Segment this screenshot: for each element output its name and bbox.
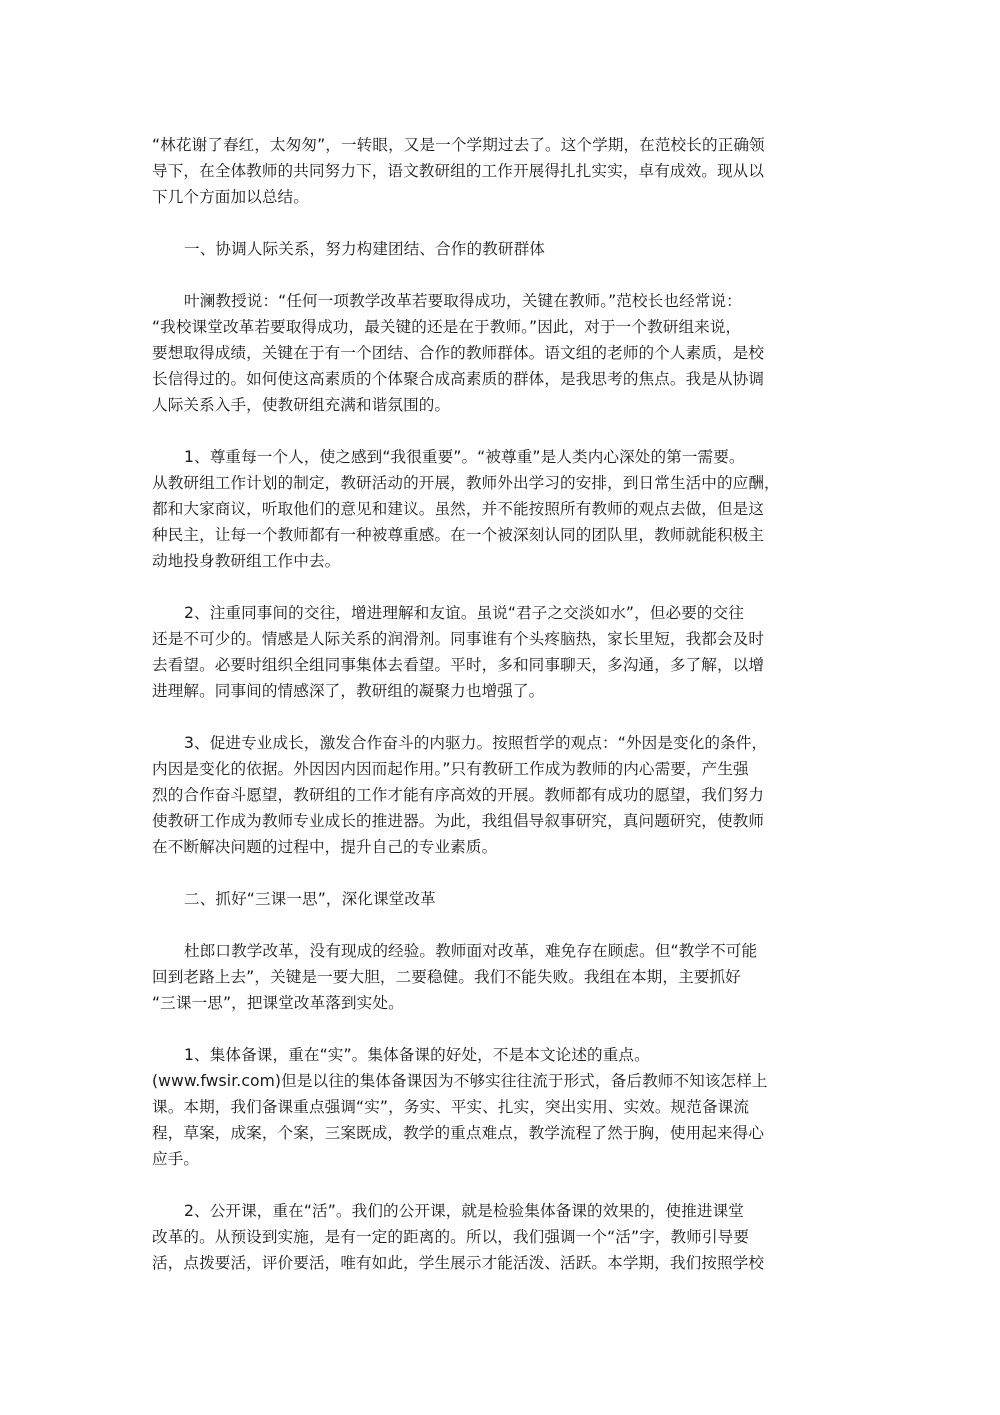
text-line: 人际关系入手，使教研组充满和谐氛围的。 [152, 392, 852, 418]
section-heading-1: 一、协调人际关系，努力构建团结、合作的教研群体 [152, 236, 852, 262]
point-1-3-paragraph: 3、促进专业成长，激发合作奋斗的内驱力。按照哲学的观点：“外因是变化的条件， 内… [152, 730, 852, 860]
text-line: 程，草案，成案，个案，三案既成，教学的重点难点，教学流程了然于胸，使用起来得心 [152, 1120, 852, 1146]
text-line: 还是不可少的。情感是人际关系的润滑剂。同事谁有个头疼脑热，家长里短，我都会及时 [152, 626, 852, 652]
text-line: 要想取得成绩，关键在于有一个团结、合作的教师群体。语文组的老师的个人素质，是校 [152, 340, 852, 366]
text-line: 长信得过的。如何使这高素质的个体聚合成高素质的群体，是我思考的焦点。我是从协调 [152, 366, 852, 392]
text-line: 导下，在全体教师的共同努力下，语文教研组的工作开展得扎扎实实，卓有成效。现从以 [152, 158, 852, 184]
text-line: 应手。 [152, 1146, 852, 1172]
text-line: 从教研组工作计划的制定，教研活动的开展，教师外出学习的安排，到日常生活中的应酬， [152, 470, 852, 496]
point-1-1-paragraph: 1、尊重每一个人，使之感到“我很重要”。“被尊重”是人类内心深处的第一需要。 从… [152, 444, 852, 574]
text-line: 1、尊重每一个人，使之感到“我很重要”。“被尊重”是人类内心深处的第一需要。 [152, 444, 852, 470]
text-line: 改革的。从预设到实施，是有一定的距离的。所以，我们强调一个“活”字，教师引导要 [152, 1224, 852, 1250]
text-line: 2、公开课，重在“活”。我们的公开课，就是检验集体备课的效果的，使推进课堂 [152, 1198, 852, 1224]
point-2-1-paragraph: 1、集体备课，重在“实”。集体备课的好处，不是本文论述的重点。 (www.fws… [152, 1042, 852, 1172]
text-line: 课。本期，我们备课重点强调“实”，务实、平实、扎实，突出实用、实效。规范备课流 [152, 1094, 852, 1120]
point-1-2-paragraph: 2、注重同事间的交往，增进理解和友谊。虽说“君子之交淡如水”，但必要的交往 还是… [152, 600, 852, 704]
text-line: 去看望。必要时组织全组同事集体去看望。平时，多和同事聊天，多沟通，多了解，以增 [152, 652, 852, 678]
document-page: “林花谢了春红，太匆匆”，一转眼，又是一个学期过去了。这个学期，在范校长的正确领… [152, 132, 852, 1302]
text-line: 下几个方面加以总结。 [152, 184, 852, 210]
text-line: (www.fwsir.com)但是以往的集体备课因为不够实往往流于形式，备后教师… [152, 1068, 852, 1094]
text-line: 杜郎口教学改革，没有现成的经验。教师面对改革，难免存在顾虑。但“教学不可能 [152, 938, 852, 964]
text-line: 叶澜教授说：“任何一项教学改革若要取得成功，关键在教师。”范校长也经常说： [152, 288, 852, 314]
text-line: 内因是变化的依据。外因因内因而起作用。”只有教研工作成为教师的内心需要，产生强 [152, 756, 852, 782]
text-line: 3、促进专业成长，激发合作奋斗的内驱力。按照哲学的观点：“外因是变化的条件， [152, 730, 852, 756]
text-line: “林花谢了春红，太匆匆”，一转眼，又是一个学期过去了。这个学期，在范校长的正确领 [152, 132, 852, 158]
intro-paragraph: “林花谢了春红，太匆匆”，一转眼，又是一个学期过去了。这个学期，在范校长的正确领… [152, 132, 852, 210]
text-line: 2、注重同事间的交往，增进理解和友谊。虽说“君子之交淡如水”，但必要的交往 [152, 600, 852, 626]
text-line: 使教研工作成为教师专业成长的推进器。为此，我组倡导叙事研究，真问题研究，使教师 [152, 808, 852, 834]
text-line: 活，点拨要活，评价要活，唯有如此，学生展示才能活泼、活跃。本学期，我们按照学校 [152, 1250, 852, 1276]
text-line: 烈的合作奋斗愿望，教研组的工作才能有序高效的开展。教师都有成功的愿望，我们努力 [152, 782, 852, 808]
text-line: 1、集体备课，重在“实”。集体备课的好处，不是本文论述的重点。 [152, 1042, 852, 1068]
text-line: 在不断解决问题的过程中，提升自己的专业素质。 [152, 834, 852, 860]
text-line: 种民主，让每一个教师都有一种被尊重感。在一个被深刻认同的团队里，教师就能积极主 [152, 522, 852, 548]
heading-line: 二、抓好“三课一思”，深化课堂改革 [152, 886, 852, 912]
quote-paragraph: 叶澜教授说：“任何一项教学改革若要取得成功，关键在教师。”范校长也经常说： “我… [152, 288, 852, 418]
text-line: “三课一思”，把课堂改革落到实处。 [152, 990, 852, 1016]
point-2-2-paragraph: 2、公开课，重在“活”。我们的公开课，就是检验集体备课的效果的，使推进课堂 改革… [152, 1198, 852, 1276]
text-line: 进理解。同事间的情感深了，教研组的凝聚力也增强了。 [152, 678, 852, 704]
text-line: “我校课堂改革若要取得成功，最关键的还是在于教师。”因此，对于一个教研组来说， [152, 314, 852, 340]
text-line: 都和大家商议，听取他们的意见和建议。虽然，并不能按照所有教师的观点去做，但是这 [152, 496, 852, 522]
heading-line: 一、协调人际关系，努力构建团结、合作的教研群体 [152, 236, 852, 262]
text-line: 回到老路上去”，关键是一要大胆，二要稳健。我们不能失败。我组在本期，主要抓好 [152, 964, 852, 990]
text-line: 动地投身教研组工作中去。 [152, 548, 852, 574]
section-2-intro-paragraph: 杜郎口教学改革，没有现成的经验。教师面对改革，难免存在顾虑。但“教学不可能 回到… [152, 938, 852, 1016]
section-heading-2: 二、抓好“三课一思”，深化课堂改革 [152, 886, 852, 912]
